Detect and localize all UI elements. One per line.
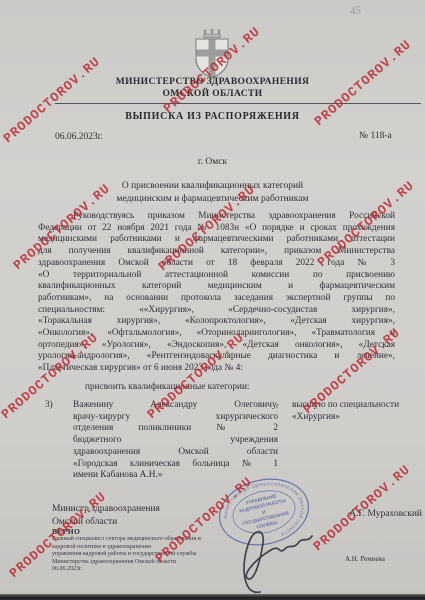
recipient-line: отделения поликлиники № 2 [73, 423, 278, 435]
handwritten-signature [224, 520, 324, 600]
watermark: PRODOCTOROV.RU [311, 462, 414, 554]
stamp-line: И [262, 509, 266, 515]
recipient-line: здравоохранения Омской области [73, 447, 278, 459]
recipient-line: бюджетного учреждения [73, 435, 278, 447]
document-number: № 118-а [359, 131, 392, 141]
certifier-name: А.Н. Ремнева [345, 555, 385, 563]
body-line: «Торакальная хирургия», «Колопроктология… [38, 316, 395, 328]
body-line: квалификационных категорий медицинским и… [38, 281, 395, 293]
body-line: здравоохранения Омской области от 18 фев… [38, 258, 395, 270]
recipient-line: врачу-хирургу хирургического [73, 412, 278, 424]
document-date: 06.06.2023г. [55, 132, 103, 142]
category-dash: - [276, 400, 279, 410]
header-divider [55, 103, 421, 104]
minister-post-line1: Министр здравоохранения [52, 503, 160, 516]
subject-title: О присвоении квалификационных категорий … [0, 180, 425, 206]
recipient-line: «Городская клиническая больница № 1 [73, 459, 278, 471]
city-label: г. Омск [0, 157, 425, 167]
pencil-note: 45 [349, 4, 362, 18]
document-type-title: ВЫПИСКА ИЗ РАСПОРЯЖЕНИЯ [0, 111, 425, 122]
item-number: 3) [45, 400, 53, 410]
subject-line1: О присвоении квалификационных категорий [0, 180, 425, 193]
body-line: «О территориальной аттестационной комисс… [38, 270, 395, 282]
recipient-info: Важенину Александру Олеговичу, врачу-хир… [73, 400, 278, 482]
body-line: работникам», на основании протокола засе… [38, 293, 395, 305]
subject-line2: медицинским и фармацевтическим работника… [0, 193, 425, 206]
scan-edge-shadow [0, 594, 425, 600]
scanned-document-page: 45 МИНИСТЕРСТВО ЗДРАВООХРАНЕНИЯ ОМСКОЙ О… [0, 0, 425, 600]
body-line: специальностям: ««Хирургия», «Сердечно-с… [38, 305, 395, 317]
